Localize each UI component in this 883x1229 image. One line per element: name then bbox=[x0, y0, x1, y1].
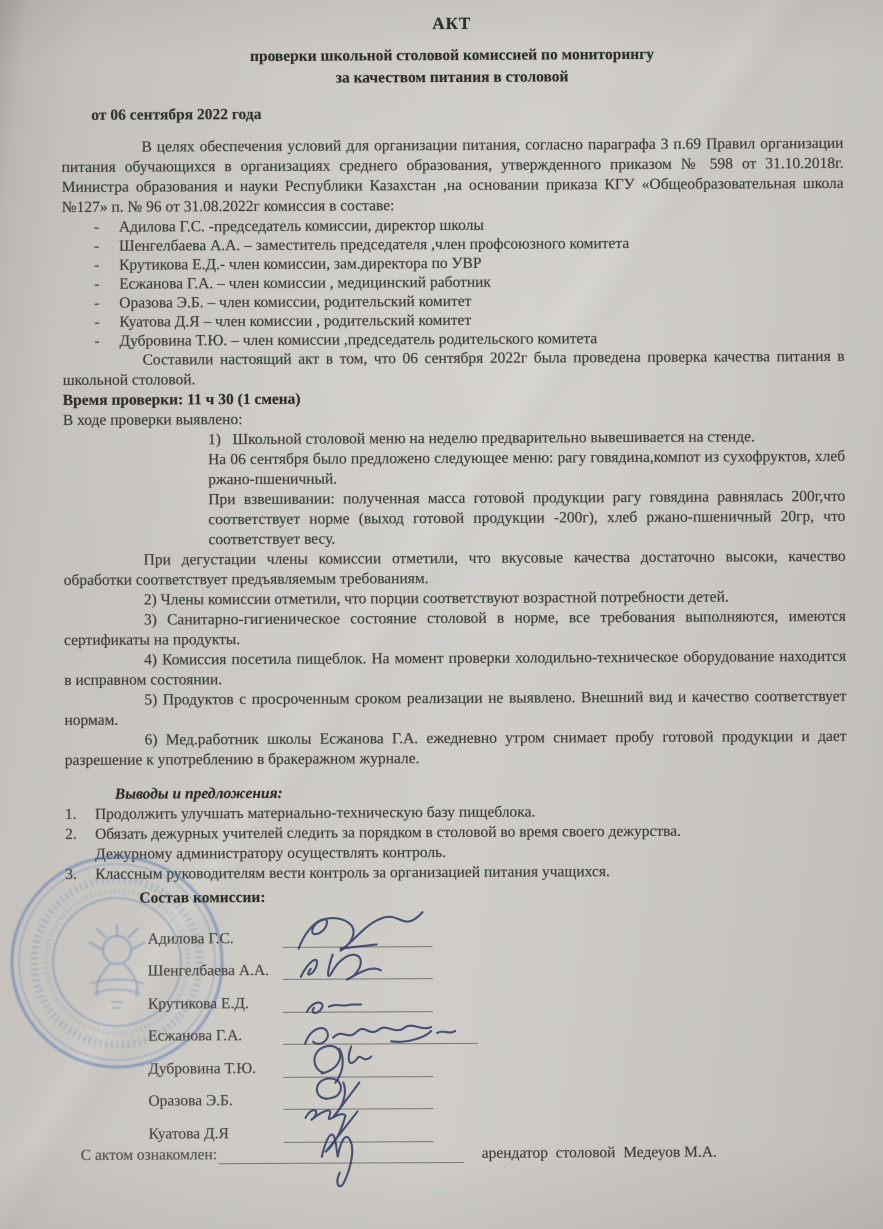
finding-3: 3) Санитарно-гигиеническое состояние сто… bbox=[64, 607, 846, 651]
member-text: Куатова Д.Я – член комиссии , родительск… bbox=[119, 311, 471, 332]
commission-member-list: - Адилова Г.С. -председатель комиссии, д… bbox=[62, 214, 845, 351]
signature-row: Оразова Э.Б. bbox=[148, 1074, 845, 1110]
member-dash: - bbox=[94, 218, 119, 237]
member-dash: - bbox=[94, 294, 119, 313]
signer-name: Шенгелбаева А.А. bbox=[148, 962, 283, 981]
member-dash: - bbox=[94, 256, 119, 275]
member-dash: - bbox=[94, 237, 119, 256]
member-dash: - bbox=[94, 332, 119, 351]
tasting-paragraph: При дегустации члены комиссии отметили, … bbox=[64, 547, 846, 591]
finding-1-block: 1) Школьной столовой меню на неделю пред… bbox=[208, 427, 846, 550]
conclusions-list: 1. Продолжить улучшать материально-техни… bbox=[65, 801, 847, 885]
signer-name: Оразова Э.Б. bbox=[148, 1092, 283, 1111]
signature-medeuov bbox=[314, 1126, 394, 1190]
signer-name: Дубровина Т.Ю. bbox=[148, 1059, 283, 1078]
member-dash: - bbox=[94, 275, 119, 294]
signature-row: Есжанова Г.А. bbox=[148, 1009, 845, 1045]
member-text: Есжанова Г.А. – член комиссии , медицинс… bbox=[119, 273, 491, 294]
finding-6: 6) Мед.работник школы Есжанова Г.А. ежед… bbox=[65, 727, 847, 771]
signature-row: Дубровина Т.Ю. bbox=[148, 1042, 845, 1078]
scanned-document-page: АКТ проверки школьной столовой комиссией… bbox=[0, 0, 883, 1229]
signature-line bbox=[283, 946, 433, 980]
acknowledgement-label: С актом ознакомлен: bbox=[81, 1146, 219, 1165]
doc-title: АКТ bbox=[61, 12, 843, 36]
signature-line bbox=[283, 978, 433, 1012]
member-text: Крутикова Е.Д.- член комиссии, зам.дирек… bbox=[119, 254, 481, 275]
act-statement-paragraph: Составили настоящий акт в том, что 06 се… bbox=[63, 347, 845, 391]
doc-subtitle-line2: за качеством питания в столовой bbox=[61, 66, 843, 90]
signature-row: Адилова Г.С. bbox=[147, 912, 844, 948]
doc-subtitle-line1: проверки школьной столовой комиссией по … bbox=[61, 44, 843, 68]
conclusion-number: 3. bbox=[65, 865, 95, 885]
finding-1-menu: На 06 сентября было предложено следующее… bbox=[208, 447, 845, 490]
signature-row: Шенгелбаева А.А. bbox=[148, 944, 845, 980]
doc-date-line: от 06 сентября 2022 года bbox=[91, 102, 843, 126]
finding-5: 5) Продуктов с просроченным сроком реали… bbox=[64, 687, 846, 731]
acknowledgement-row: С актом ознакомлен: арендатор столовой М… bbox=[81, 1136, 841, 1165]
signature-line bbox=[283, 1043, 433, 1077]
conclusion-item: 3. Классным руководителям вести контроль… bbox=[65, 861, 847, 885]
acknowledgement-signature-line bbox=[219, 1138, 464, 1164]
conclusion-number: 1. bbox=[65, 805, 95, 825]
intro-paragraph: В целях обеспечения условий для организа… bbox=[61, 134, 843, 218]
signature-row: Крутикова Е.Д. bbox=[148, 977, 845, 1013]
finding-1-weighing: При взвешивании: полученная масса готово… bbox=[208, 487, 845, 550]
member-text: Дубровина Т.Ю. – член комиссии ,председа… bbox=[119, 329, 597, 351]
acknowledgement-right-text: арендатор столовой Медеуов М.А. bbox=[482, 1144, 717, 1163]
signer-name: Крутикова Е.Д. bbox=[148, 994, 283, 1013]
conclusion-number bbox=[65, 845, 95, 865]
member-dash: - bbox=[94, 313, 119, 332]
member-text: Оразова Э.Б. – член комиссии, родительск… bbox=[119, 292, 471, 313]
member-text: Адилова Г.С. -председатель комиссии, дир… bbox=[119, 216, 484, 237]
conclusion-text: Классным руководителям вести контроль за… bbox=[95, 861, 847, 885]
signer-name: Адилова Г.С. bbox=[148, 929, 283, 948]
member-text: Шенгелбаева А.А. – заместитель председат… bbox=[119, 234, 629, 256]
signature-section: Состав комиссии: Адилова Г.С. Шенгелбаев… bbox=[62, 886, 845, 1144]
signer-name: Есжанова Г.А. bbox=[148, 1027, 283, 1046]
conclusion-number: 2. bbox=[65, 825, 95, 845]
finding-4: 4) Комиссия посетила пищеблок. На момент… bbox=[64, 647, 846, 691]
document-body: АКТ проверки школьной столовой комиссией… bbox=[0, 0, 883, 885]
